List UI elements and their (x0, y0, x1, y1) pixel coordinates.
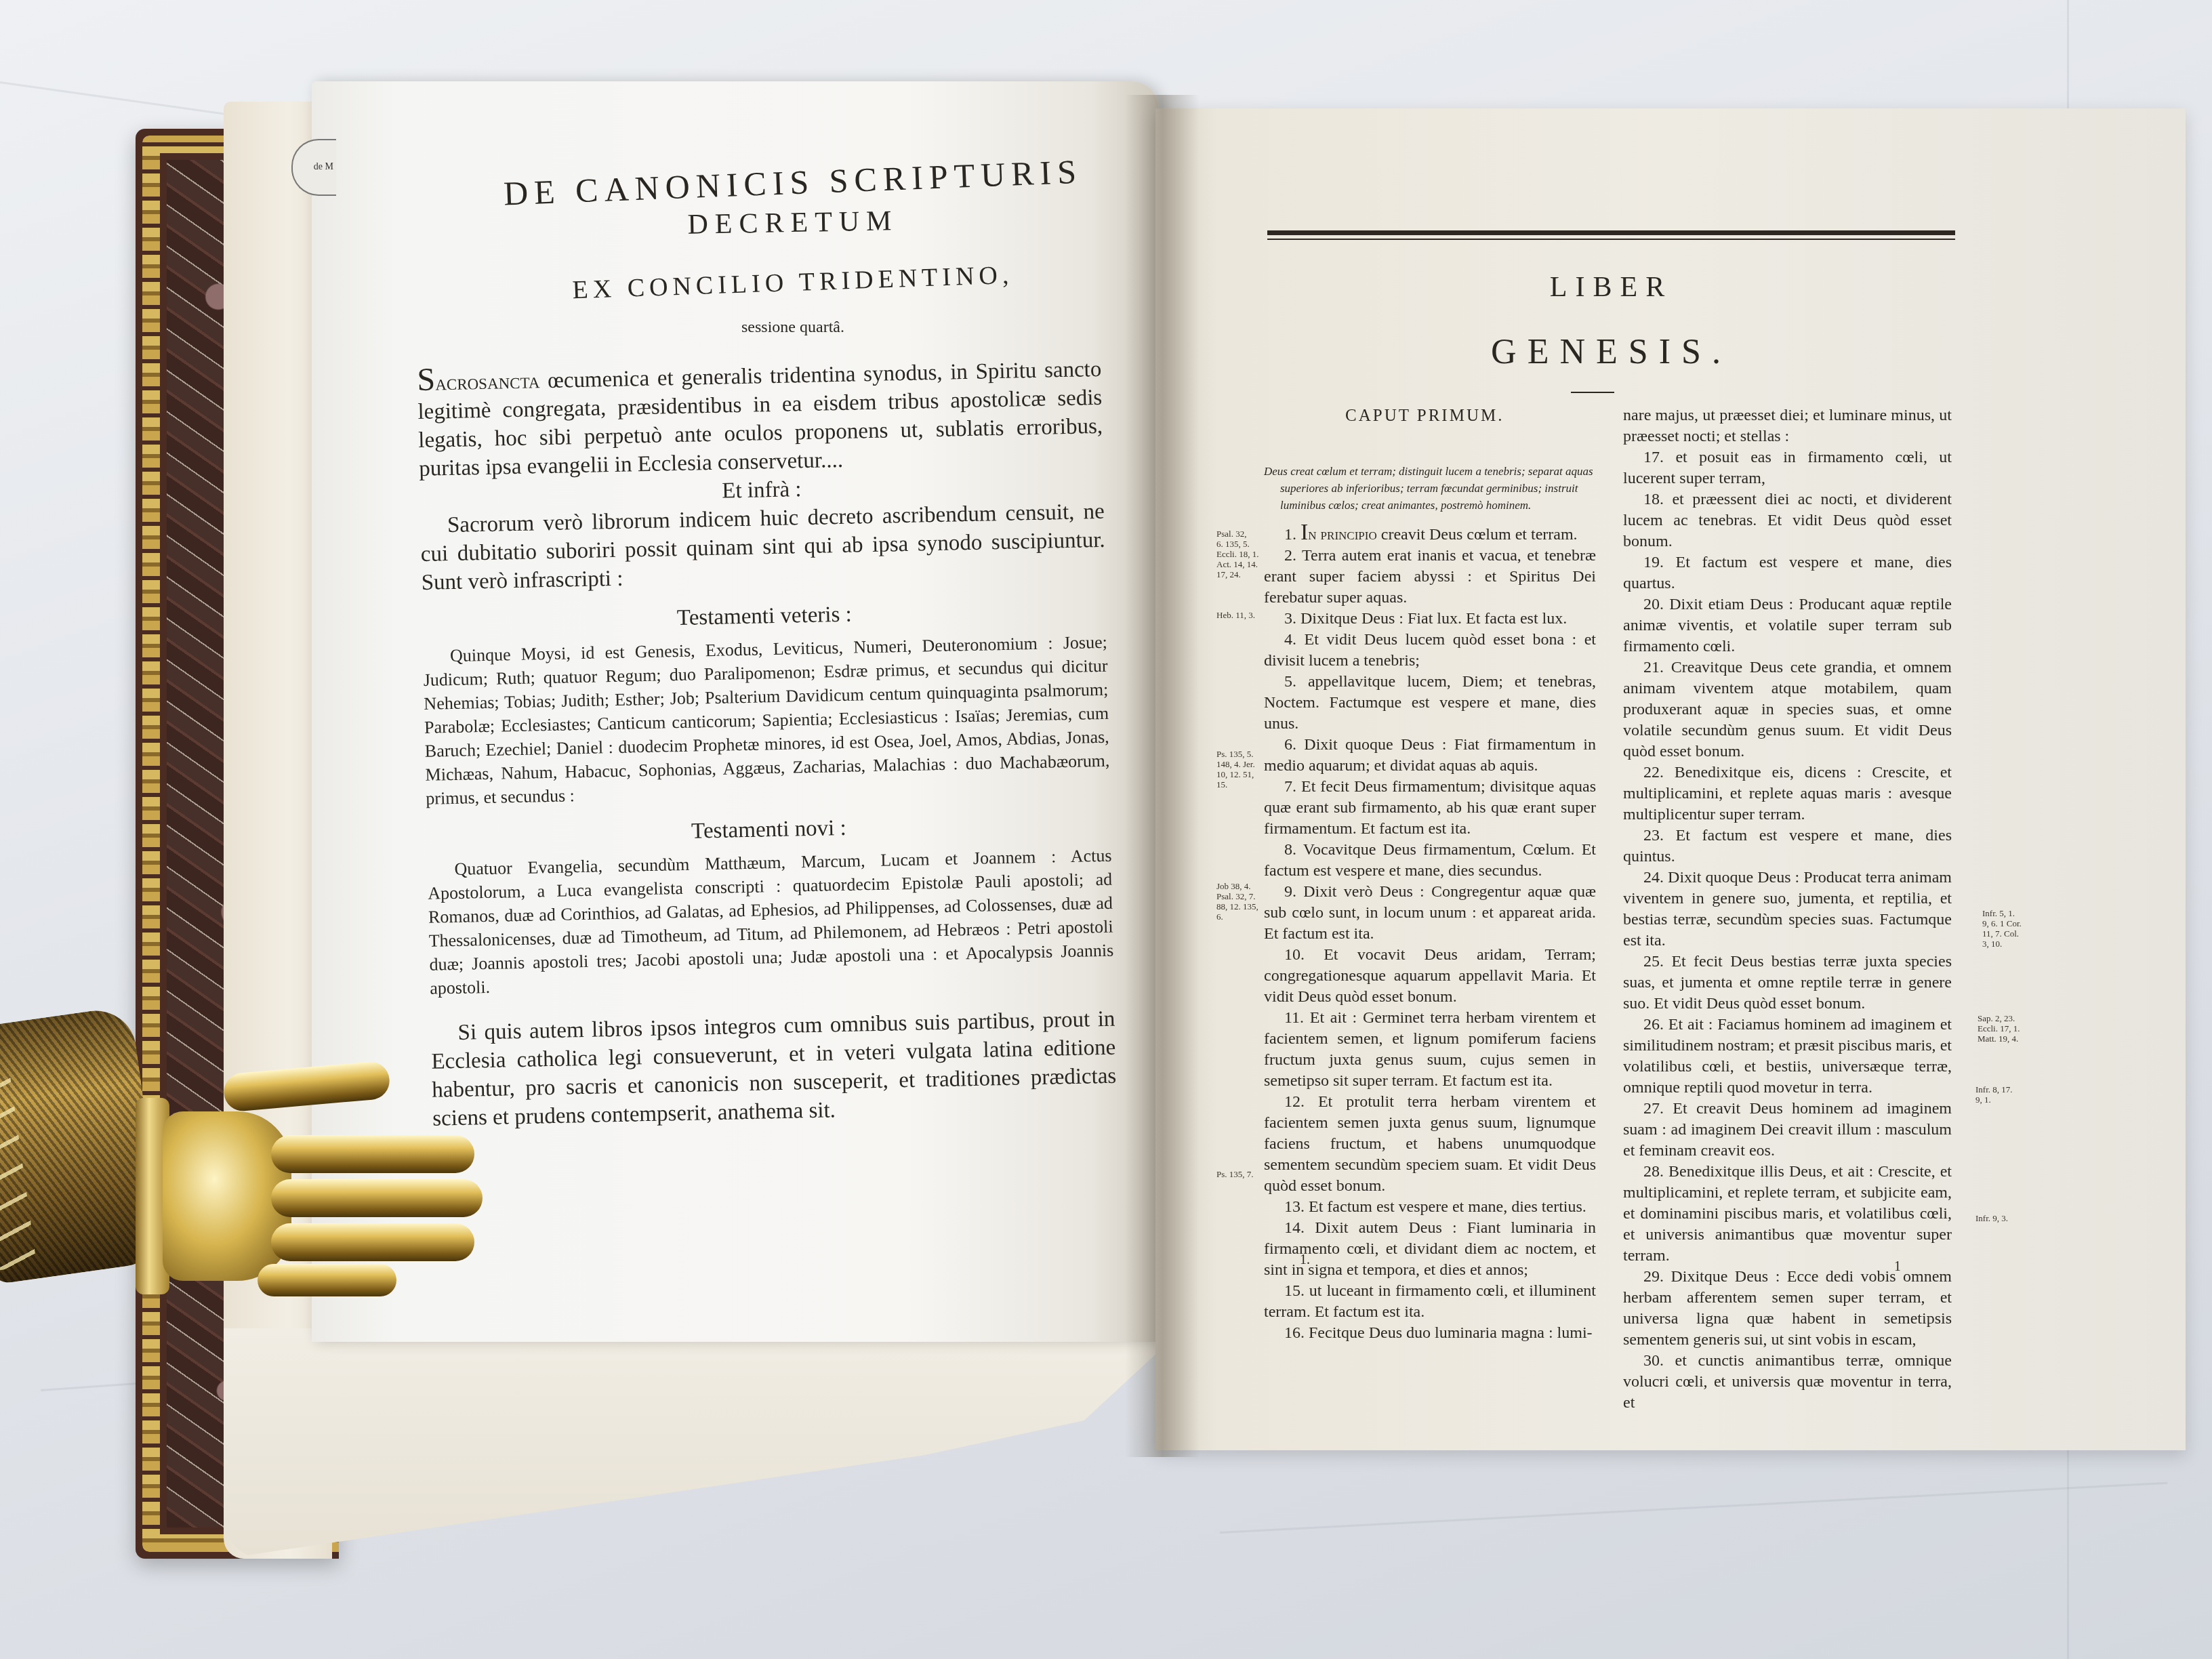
verse: 27. Et creavit Deus hominem ad imaginem … (1623, 1099, 1952, 1162)
margin-reference: Job 38, 4. Psal. 32, 7. 88, 12. 135, 6. (1216, 881, 1258, 922)
verse: 28. Benedixitque illis Deus, et ait : Cr… (1623, 1162, 1952, 1267)
old-testament-list: Quinque Moysi, id est Genesis, Exodus, L… (423, 630, 1111, 811)
verse: 30. et cunctis animantibus terræ, omniqu… (1623, 1351, 1952, 1414)
verse: 22. Benedixitque eis, dicens : Crescite,… (1623, 762, 1952, 825)
double-rule-thick (1267, 230, 1955, 235)
verse: 2. Terra autem erat inanis et vacua, et … (1264, 546, 1596, 609)
verse: 11. Et ait : Germinet terra herbam viren… (1264, 1008, 1596, 1092)
signature-mark: 1. (1300, 1252, 1310, 1268)
verse: 25. Et fecit Deus bestias terræ juxta sp… (1623, 951, 1952, 1015)
text-column-left: 1. In principio creavit Deus cœlum et te… (1264, 522, 1596, 1344)
verse: 13. Et factum est vespere et mane, dies … (1264, 1197, 1596, 1218)
margin-reference: Ps. 135, 5. 148, 4. Jer. 10, 12. 51, 15. (1216, 749, 1255, 790)
session-label: sessione quartâ. (474, 319, 1111, 337)
verse: 19. Et factum est vespere et mane, dies … (1623, 552, 1952, 594)
verse: 15. ut luceant in firmamento cœli, et il… (1264, 1281, 1596, 1323)
verse: 9. Dixit verò Deus : Congregentur aquæ q… (1264, 882, 1596, 945)
verse: 23. Et factum est vespere et mane, dies … (1623, 825, 1952, 867)
verse: 29. Dixitque Deus : Ecce dedi vobis omne… (1623, 1267, 1952, 1351)
verse: 24. Dixit quoque Deus : Producat terra a… (1623, 867, 1952, 951)
margin-reference: Heb. 11, 3. (1216, 610, 1255, 620)
chapter-heading: CAPUT PRIMUM. (1345, 407, 1504, 426)
verse: 16. Fecitque Deus duo luminaria magna : … (1264, 1323, 1596, 1344)
decree-paragraph-2: Sacrorum verò librorum indicem huic decr… (420, 497, 1106, 597)
verse: 17. et posuit eas in firmamento cœli, ut… (1623, 447, 1952, 489)
verse: 1. In principio creavit Deus cœlum et te… (1264, 522, 1596, 546)
page-number: 1 (1894, 1259, 1901, 1275)
finger (271, 1179, 483, 1217)
verse-continuation: nare majus, ut præesset diei; et luminar… (1623, 405, 1952, 447)
double-rule-thin (1267, 239, 1955, 240)
verse: 20. Dixit etiam Deus : Producant aquæ re… (1623, 594, 1952, 657)
book-gutter (1125, 95, 1200, 1457)
thumb (222, 1060, 391, 1112)
verse: 12. Et protulit terra herbam virentem et… (1264, 1092, 1596, 1197)
margin-reference: Infr. 8, 17. 9, 1. (1975, 1084, 2013, 1105)
verse: 10. Et vocavit Deus aridam, Terram; cong… (1264, 945, 1596, 1008)
drop-cap: S (417, 361, 436, 398)
heading-rule (1571, 392, 1614, 393)
verse: 8. Vocavitque Deus firmamentum, Cœlum. E… (1264, 840, 1596, 882)
decree-paragraph-1: Sacrosancta œcumenica et generalis tride… (417, 352, 1103, 483)
marble-vein (1220, 1482, 2167, 1534)
finger (271, 1135, 474, 1173)
margin-reference: Ps. 135, 7. (1216, 1169, 1254, 1179)
new-testament-heading: Testamenti novi : (426, 808, 1111, 851)
verse: 14. Dixit autem Deus : Fiant luminaria i… (1264, 1218, 1596, 1281)
margin-reference: Psal. 32, 6. 135, 5. Eccli. 18, 1. Act. … (1216, 529, 1258, 579)
margin-reference: Infr. 5, 1. 9, 6. 1 Cor. 11, 7. Col. 3, … (1982, 908, 2022, 949)
chapter-summary: Deus creat cœlum et terram; distinguit l… (1264, 463, 1599, 514)
new-testament-list: Quatuor Evangelia, secundùm Matthæum, Ma… (427, 844, 1114, 1000)
anathema-paragraph: Si quis autem libros ipsos integros cum … (430, 1005, 1117, 1133)
finger (258, 1264, 396, 1296)
book-heading-liber: LIBER (1267, 271, 1955, 304)
old-testament-heading: Testamenti veteris : (422, 595, 1107, 638)
verse: 7. Et fecit Deus firmamentum; divisitque… (1264, 777, 1596, 840)
drop-cap: I (1300, 520, 1308, 545)
finger (271, 1223, 474, 1261)
verse: 21. Creavitque Deus cete grandia, et omn… (1623, 657, 1952, 762)
verse: 4. Et vidit Deus lucem quòd esset bona :… (1264, 630, 1596, 672)
margin-reference: Infr. 9, 3. (1975, 1213, 2008, 1223)
verse: 18. et præessent diei ac nocti, et divid… (1623, 489, 1952, 552)
brass-hand-page-weight[interactable] (0, 1003, 501, 1294)
verse: 5. appellavitque lucem, Diem; et tenebra… (1264, 672, 1596, 735)
margin-reference: Sap. 2, 23. Eccli. 17, 1. Matt. 19, 4. (1978, 1013, 2020, 1044)
ownership-stamp: de M (291, 139, 336, 196)
text-column-right: nare majus, ut præesset diei; et luminar… (1623, 405, 1952, 1414)
left-page-curl (224, 1328, 1159, 1559)
verse: 6. Dixit quoque Deus : Fiat firmamentum … (1264, 735, 1596, 777)
decree-body: Sacrosancta œcumenica et generalis tride… (417, 352, 1117, 1133)
verse: 3. Dixitque Deus : Fiat lux. Et facta es… (1264, 609, 1596, 630)
verse: 26. Et ait : Faciamus hominem ad imagine… (1623, 1015, 1952, 1099)
book-heading-genesis: GENESIS. (1267, 332, 1955, 372)
zigzag-engraving (0, 1064, 37, 1271)
